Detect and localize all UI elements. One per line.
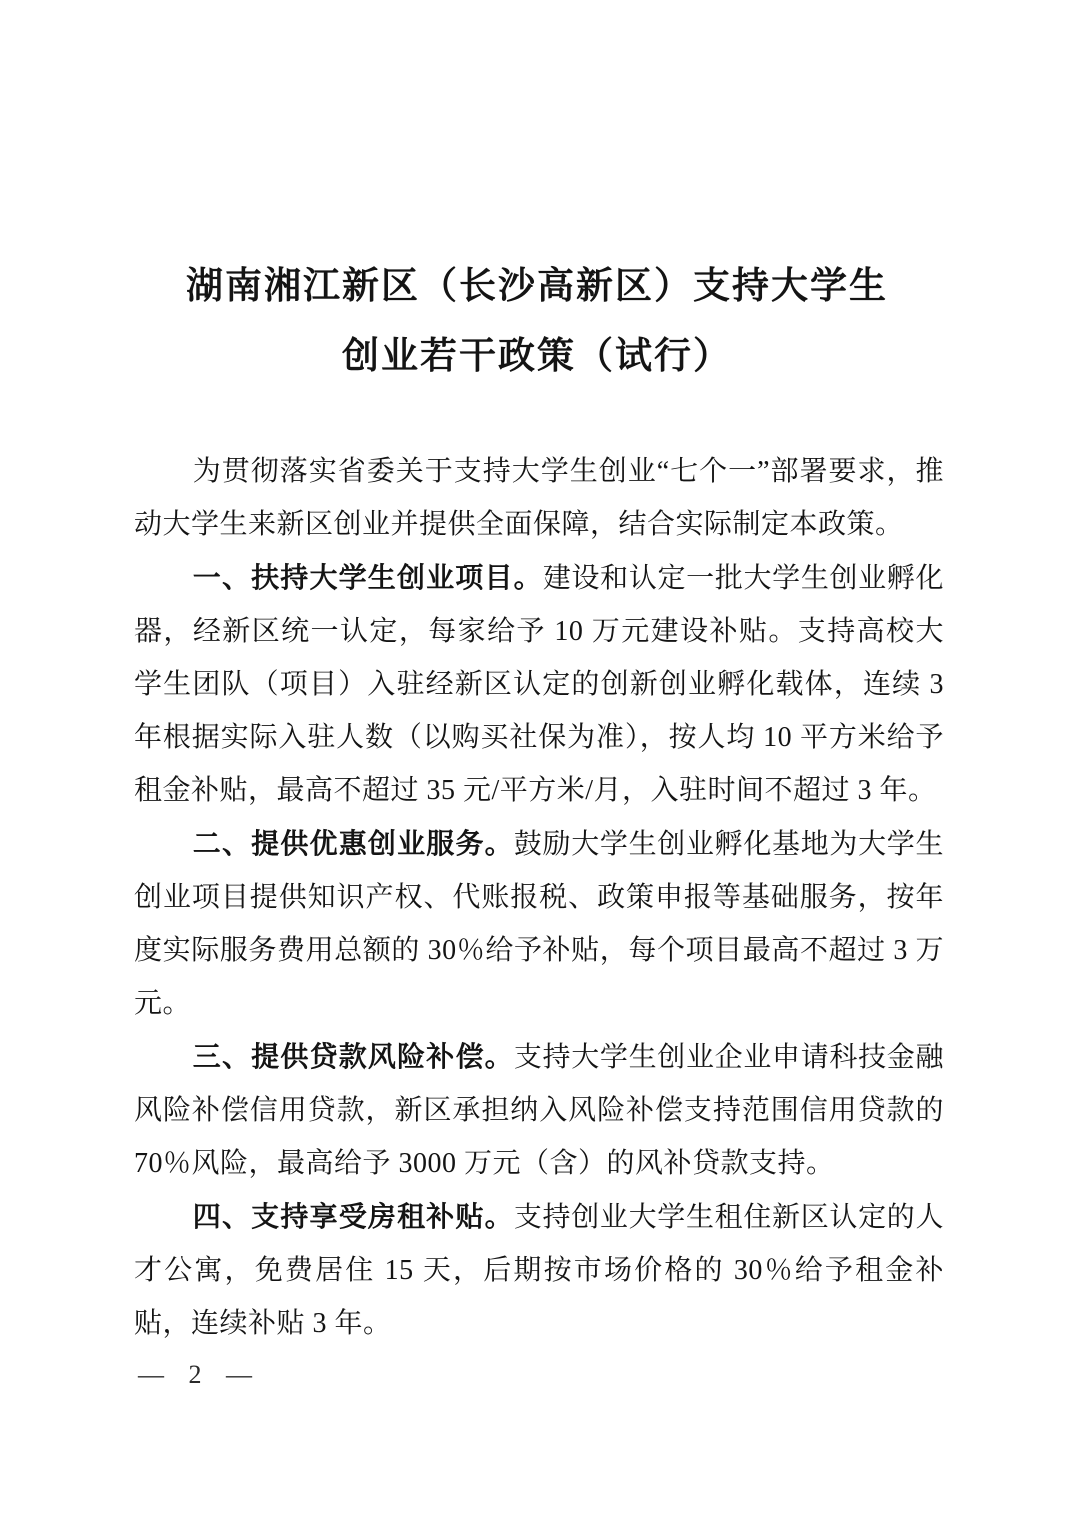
paragraph-section-4: 四、支持享受房租补贴。支持创业大学生租住新区认定的人才公寓，免费居住 15 天，…: [134, 1190, 944, 1350]
paragraph-text: 建设和认定一批大学生创业孵化器，经新区统一认定，每家给予 10 万元建设补贴。支…: [134, 563, 944, 806]
document-page: 湖南湘江新区（长沙高新区）支持大学生 创业若干政策（试行） 为贯彻落实省委关于支…: [0, 0, 1074, 1520]
document-title-line-1: 湖南湘江新区（长沙高新区）支持大学生: [0, 252, 1074, 322]
paragraph-lead: 二、提供优惠创业服务。: [193, 828, 514, 859]
paragraph-section-3: 三、提供贷款风险补偿。支持大学生创业企业申请科技金融风险补偿信用贷款，新区承担纳…: [134, 1030, 944, 1190]
document-title-line-2: 创业若干政策（试行）: [0, 322, 1074, 392]
document-body: 为贯彻落实省委关于支持大学生创业“七个一”部署要求，推动大学生来新区创业并提供全…: [134, 444, 944, 1350]
paragraph-section-2: 二、提供优惠创业服务。鼓励大学生创业孵化基地为大学生创业项目提供知识产权、代账报…: [134, 817, 944, 1030]
paragraph-intro: 为贯彻落实省委关于支持大学生创业“七个一”部署要求，推动大学生来新区创业并提供全…: [134, 444, 944, 551]
document-title: 湖南湘江新区（长沙高新区）支持大学生 创业若干政策（试行）: [0, 252, 1074, 392]
page-number: — 2 —: [138, 1360, 254, 1390]
paragraph-text: 为贯彻落实省委关于支持大学生创业“七个一”部署要求，推动大学生来新区创业并提供全…: [134, 456, 944, 540]
paragraph-lead: 一、扶持大学生创业项目。: [193, 562, 543, 593]
paragraph-lead: 三、提供贷款风险补偿。: [193, 1041, 514, 1072]
paragraph-section-1: 一、扶持大学生创业项目。建设和认定一批大学生创业孵化器，经新区统一认定，每家给予…: [134, 551, 944, 817]
paragraph-lead: 四、支持享受房租补贴。: [193, 1201, 514, 1232]
